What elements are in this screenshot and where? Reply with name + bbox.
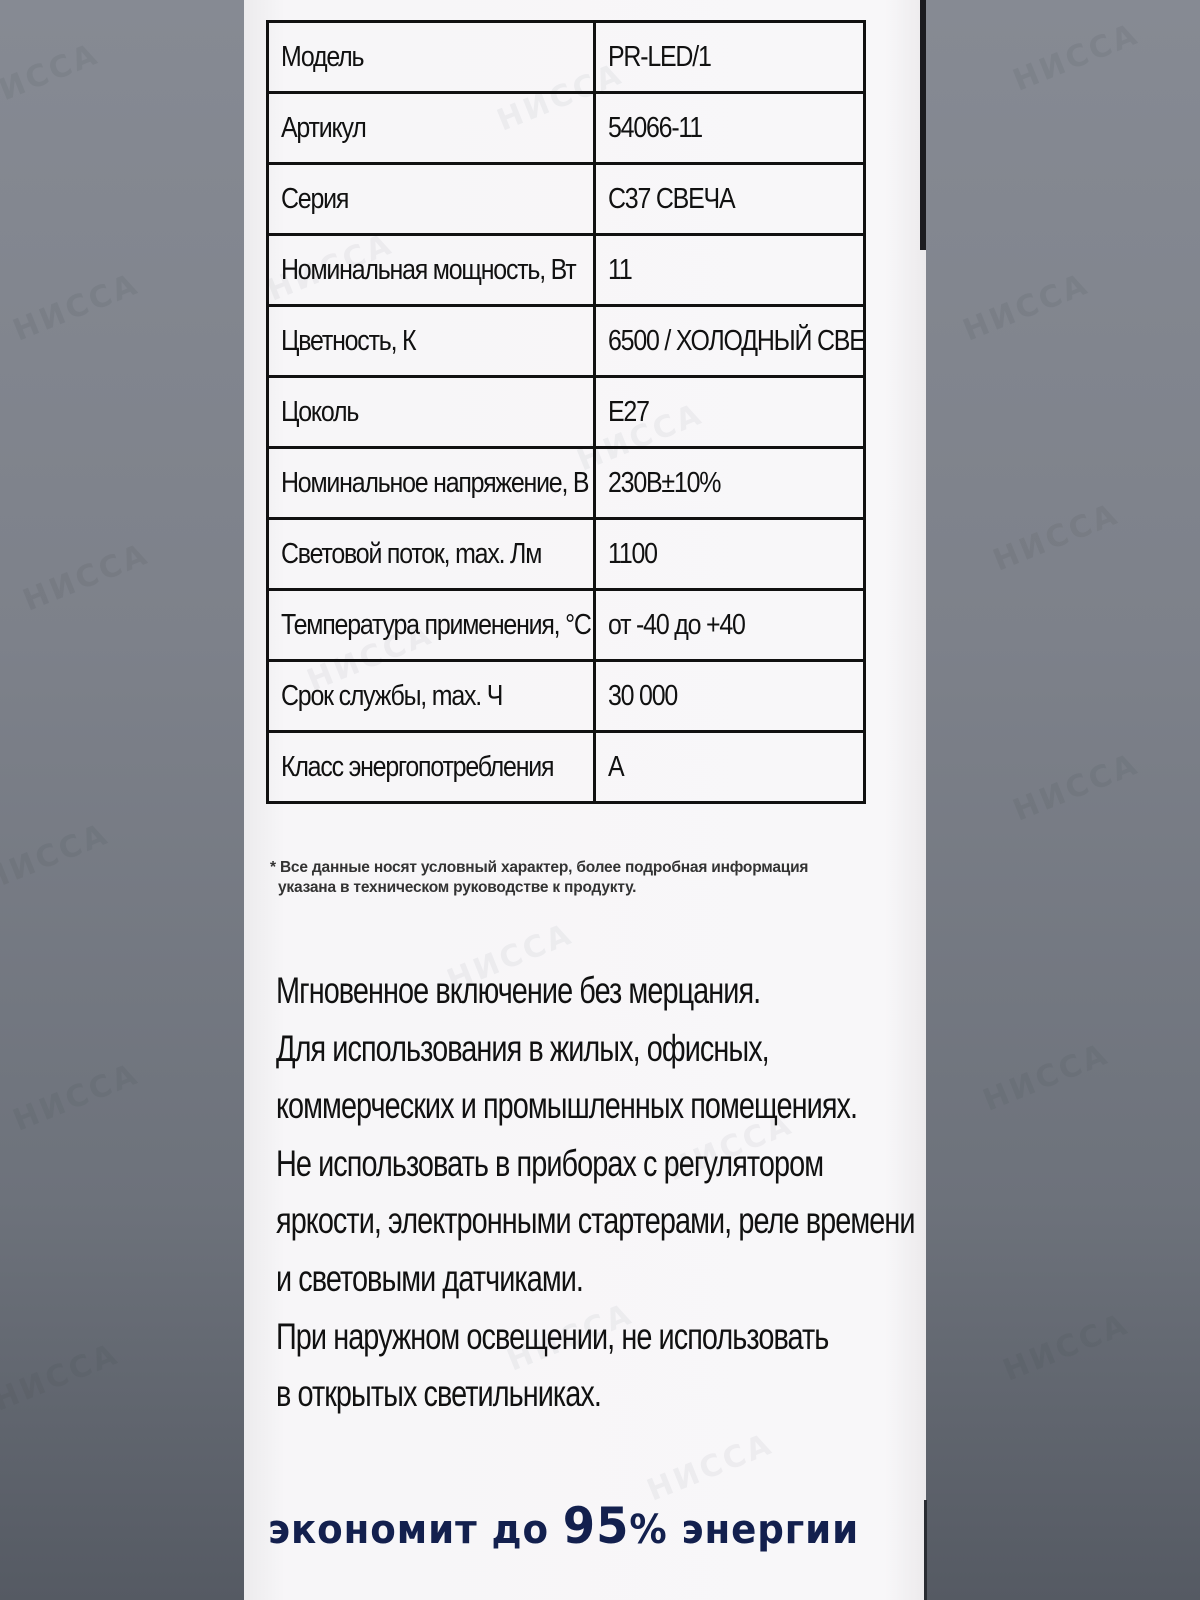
spec-label-cell: Номинальное напряжение, В (268, 448, 595, 519)
spec-label-cell: Номинальная мощность, Вт (268, 235, 595, 306)
spec-value: 11 (608, 254, 631, 287)
spec-table: МодельPR-LED/1Артикул54066-11СерияC37 СВ… (266, 20, 866, 804)
spec-label: Световой поток, max. Лм (281, 538, 541, 571)
spec-value-cell: 30 000 (595, 661, 865, 732)
spec-value-cell: E27 (595, 377, 865, 448)
spec-label-cell: Класс энергопотребления (268, 732, 595, 803)
watermark: НИССА (958, 266, 1094, 348)
slogan-percent: 95 (563, 1497, 630, 1555)
footnote-line-2: указана в техническом руководстве к прод… (270, 878, 910, 898)
spec-label-cell: Цоколь (268, 377, 595, 448)
spec-label-cell: Серия (268, 164, 595, 235)
watermark: НИССА (0, 36, 104, 118)
spec-label: Срок службы, max. Ч (281, 680, 502, 713)
description-line: коммерческих и промышленных помещениях. (276, 1077, 775, 1135)
table-row: СерияC37 СВЕЧА (268, 164, 865, 235)
description: Мгновенное включение без мерцания. Для и… (276, 962, 916, 1423)
spec-value: 6500 / ХОЛОДНЫЙ СВЕТ (608, 325, 865, 358)
spec-value-cell: 6500 / ХОЛОДНЫЙ СВЕТ (595, 306, 865, 377)
table-row: Артикул54066-11 (268, 93, 865, 164)
spec-label-cell: Цветность, К (268, 306, 595, 377)
slogan-part-1: экономит до (268, 1507, 563, 1553)
table-row: Цветность, К6500 / ХОЛОДНЫЙ СВЕТ (268, 306, 865, 377)
spec-value-cell: 1100 (595, 519, 865, 590)
watermark: НИССА (1008, 746, 1144, 828)
watermark: НИССА (988, 496, 1124, 578)
box-edge (920, 0, 926, 250)
table-row: ЦокольE27 (268, 377, 865, 448)
energy-saving-slogan: экономит до 95% энергии (268, 1497, 859, 1555)
watermark: НИССА (18, 536, 154, 618)
spec-label: Серия (281, 183, 348, 216)
box-edge (924, 1500, 927, 1600)
description-line: и световыми датчиками. (276, 1250, 775, 1308)
slogan-part-2: % энергии (629, 1507, 859, 1553)
watermark: НИССА (978, 1036, 1114, 1118)
footnote: * Все данные носят условный характер, бо… (270, 858, 910, 898)
table-row: МодельPR-LED/1 (268, 22, 865, 93)
description-line: Для использования в жилых, офисных, (276, 1020, 775, 1078)
spec-value-cell: 54066-11 (595, 93, 865, 164)
spec-value: C37 СВЕЧА (608, 183, 734, 216)
table-row: Срок службы, max. Ч30 000 (268, 661, 865, 732)
spec-value-cell: PR-LED/1 (595, 22, 865, 93)
spec-label: Цоколь (281, 396, 358, 429)
spec-label-cell: Артикул (268, 93, 595, 164)
watermark: НИССА (8, 1056, 144, 1138)
spec-value: от -40 до +40 (608, 609, 745, 642)
product-box-panel: НИССА НИССА НИССА НИССА НИССА НИССА НИСС… (244, 0, 926, 1600)
description-line: Мгновенное включение без мерцания. (276, 962, 775, 1020)
table-row: Температура применения, °Сот -40 до +40 (268, 590, 865, 661)
spec-value-cell: 11 (595, 235, 865, 306)
spec-label-cell: Температура применения, °С (268, 590, 595, 661)
spec-value: 30 000 (608, 680, 677, 713)
spec-value: 230В±10% (608, 467, 720, 500)
footnote-line-1: * Все данные носят условный характер, бо… (270, 858, 910, 878)
spec-value: A (608, 751, 623, 784)
spec-value: 54066-11 (608, 112, 702, 145)
spec-label-cell: Световой поток, max. Лм (268, 519, 595, 590)
spec-label: Номинальная мощность, Вт (281, 254, 575, 287)
spec-label: Класс энергопотребления (281, 751, 553, 784)
spec-label: Номинальное напряжение, В (281, 467, 588, 500)
table-row: Класс энергопотребленияA (268, 732, 865, 803)
spec-value: 1100 (608, 538, 657, 571)
spec-label: Цветность, К (281, 325, 415, 358)
description-line: Не использовать в приборах с регулятором (276, 1135, 775, 1193)
spec-value: PR-LED/1 (608, 41, 711, 74)
spec-value: E27 (608, 396, 649, 429)
description-line: При наружном освещении, не использовать (276, 1308, 775, 1366)
description-line: яркости, электронными стартерами, реле в… (276, 1192, 775, 1250)
spec-label-cell: Модель (268, 22, 595, 93)
spec-label-cell: Срок службы, max. Ч (268, 661, 595, 732)
spec-value-cell: C37 СВЕЧА (595, 164, 865, 235)
watermark: НИССА (0, 1336, 124, 1418)
table-row: Номинальная мощность, Вт11 (268, 235, 865, 306)
description-line: в открытых светильниках. (276, 1365, 775, 1423)
spec-value-cell: A (595, 732, 865, 803)
spec-label: Температура применения, °С (281, 609, 591, 642)
spec-value-cell: от -40 до +40 (595, 590, 865, 661)
spec-label: Артикул (281, 112, 366, 145)
table-row: Номинальное напряжение, В230В±10% (268, 448, 865, 519)
watermark: НИССА (998, 1306, 1134, 1388)
watermark: НИССА (0, 816, 114, 898)
spec-value-cell: 230В±10% (595, 448, 865, 519)
spec-label: Модель (281, 41, 363, 74)
watermark: НИССА (8, 266, 144, 348)
watermark: НИССА (1008, 16, 1144, 98)
table-row: Световой поток, max. Лм1100 (268, 519, 865, 590)
